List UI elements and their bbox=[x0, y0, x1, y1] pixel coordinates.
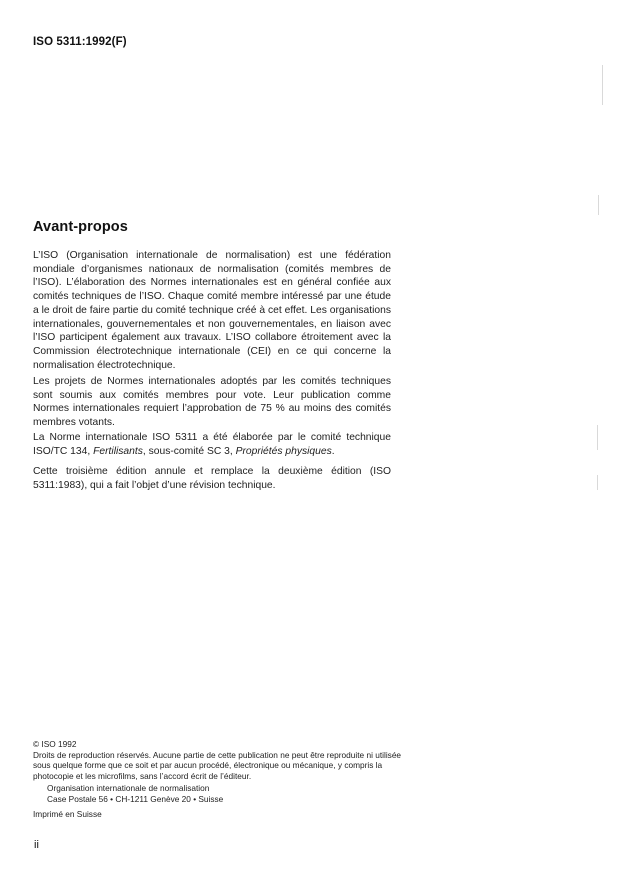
paragraph-iso-intro: L’ISO (Organisation internationale de no… bbox=[33, 249, 391, 372]
section-title: Avant-propos bbox=[33, 219, 128, 235]
page-number: ii bbox=[34, 839, 39, 851]
rights-statement: Droits de reproduction réservés. Aucune … bbox=[33, 750, 403, 782]
printed-in: Imprimé en Suisse bbox=[33, 809, 403, 820]
paragraph-voting: Les projets de Normes internationales ad… bbox=[33, 375, 391, 430]
scan-artifact bbox=[602, 65, 603, 105]
scan-artifact bbox=[597, 425, 598, 450]
scan-artifact bbox=[598, 195, 599, 215]
document-id-header: ISO 5311:1992(F) bbox=[33, 36, 127, 48]
committee-text-3: . bbox=[332, 446, 335, 457]
committee-name-italic: Fertilisants bbox=[93, 446, 143, 457]
paragraph-edition: Cette troisième édition annule et rempla… bbox=[33, 465, 391, 492]
paragraph-committee: La Norme internationale ISO 5311 a été é… bbox=[33, 431, 391, 458]
postal-address: Case Postale 56 • CH-1211 Genève 20 • Su… bbox=[47, 794, 403, 805]
subcommittee-name-italic: Propriétés physiques bbox=[236, 446, 332, 457]
organization-name: Organisation internationale de normalisa… bbox=[47, 783, 403, 794]
committee-text-2: , sous-comité SC 3, bbox=[143, 446, 236, 457]
copyright-footer: © ISO 1992 Droits de reproduction réserv… bbox=[33, 739, 403, 819]
publisher-address: Organisation internationale de normalisa… bbox=[47, 783, 403, 804]
scan-artifact bbox=[597, 475, 598, 490]
copyright-notice: © ISO 1992 bbox=[33, 739, 403, 750]
